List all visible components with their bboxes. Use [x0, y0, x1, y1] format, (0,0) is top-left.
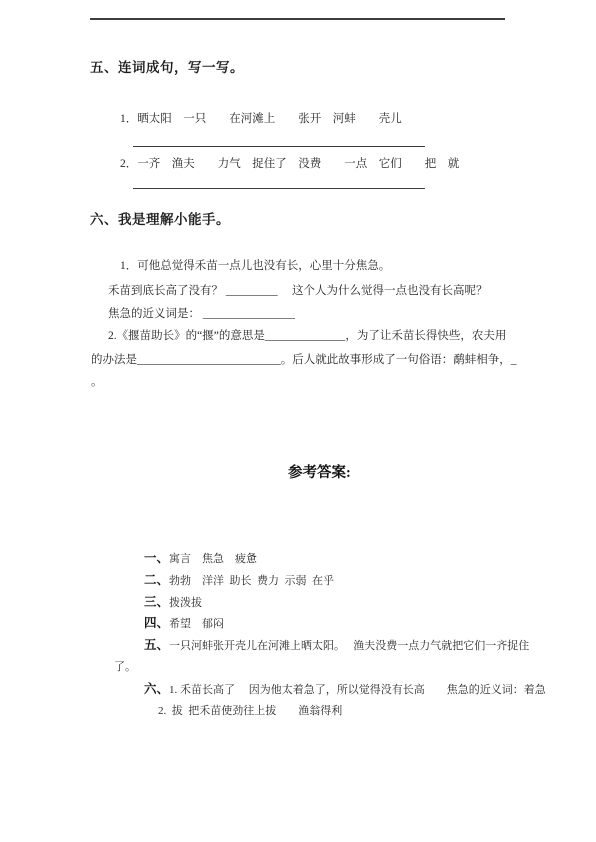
question-2-line-3: 。 [91, 375, 103, 389]
answer-row-6-continued: 2. 拔 把禾苗使劲往上拔 渔翁得利 [147, 690, 342, 732]
answer-label-5: 五、 [144, 638, 169, 652]
question-2-line-1: 2.《揠苗助长》的“揠”的意思是______________，为了让禾苗长得快些… [108, 329, 506, 343]
sentence-item-1: 1．晒太阳 一只 在河滩上 张开 河蚌 壳儿 [120, 112, 402, 126]
question-2-line-2: 的办法是_________________________。后人就此故事形成了一… [91, 353, 517, 367]
question-1-synonym-prompt: 焦急的近义词是： ________________ [108, 307, 295, 321]
question-1-prompt: 禾苗到底长高了没有？ _________ 这个人为什么觉得一点也没有长高呢？ [108, 284, 488, 298]
sentence-item-2: 2．一齐 渔夫 力气 捉住了 没费 一点 它们 把 就 [120, 157, 459, 171]
worksheet-page: 五、连词成句，写一写。 1．晒太阳 一只 在河滩上 张开 河蚌 壳儿 2．一齐 … [0, 0, 596, 842]
answer-blank-line-2 [133, 188, 425, 189]
answer-row-5-continued: 了。 [103, 646, 136, 688]
answer-text-6-continued: 2. 拔 把禾苗使劲往上拔 渔翁得利 [158, 705, 342, 717]
answers-title: 参考答案: [288, 461, 351, 482]
answer-text-5: 一只河蚌张开壳儿在河滩上晒太阳。 渔夫没费一点力气就把它们一齐捉住 [169, 640, 529, 652]
question-1-sentence: 1．可他总觉得禾苗一点儿也没有长，心里十分焦急。 [120, 259, 390, 273]
section-six-heading: 六、我是理解小能手。 [90, 213, 230, 227]
answer-row-5: 五、一只河蚌张开壳儿在河滩上晒太阳。 渔夫没费一点力气就把它们一齐捉住 [133, 624, 529, 667]
top-rule [90, 18, 505, 20]
section-five-heading: 五、连词成句，写一写。 [90, 61, 244, 75]
answer-blank-line-1 [133, 146, 425, 147]
